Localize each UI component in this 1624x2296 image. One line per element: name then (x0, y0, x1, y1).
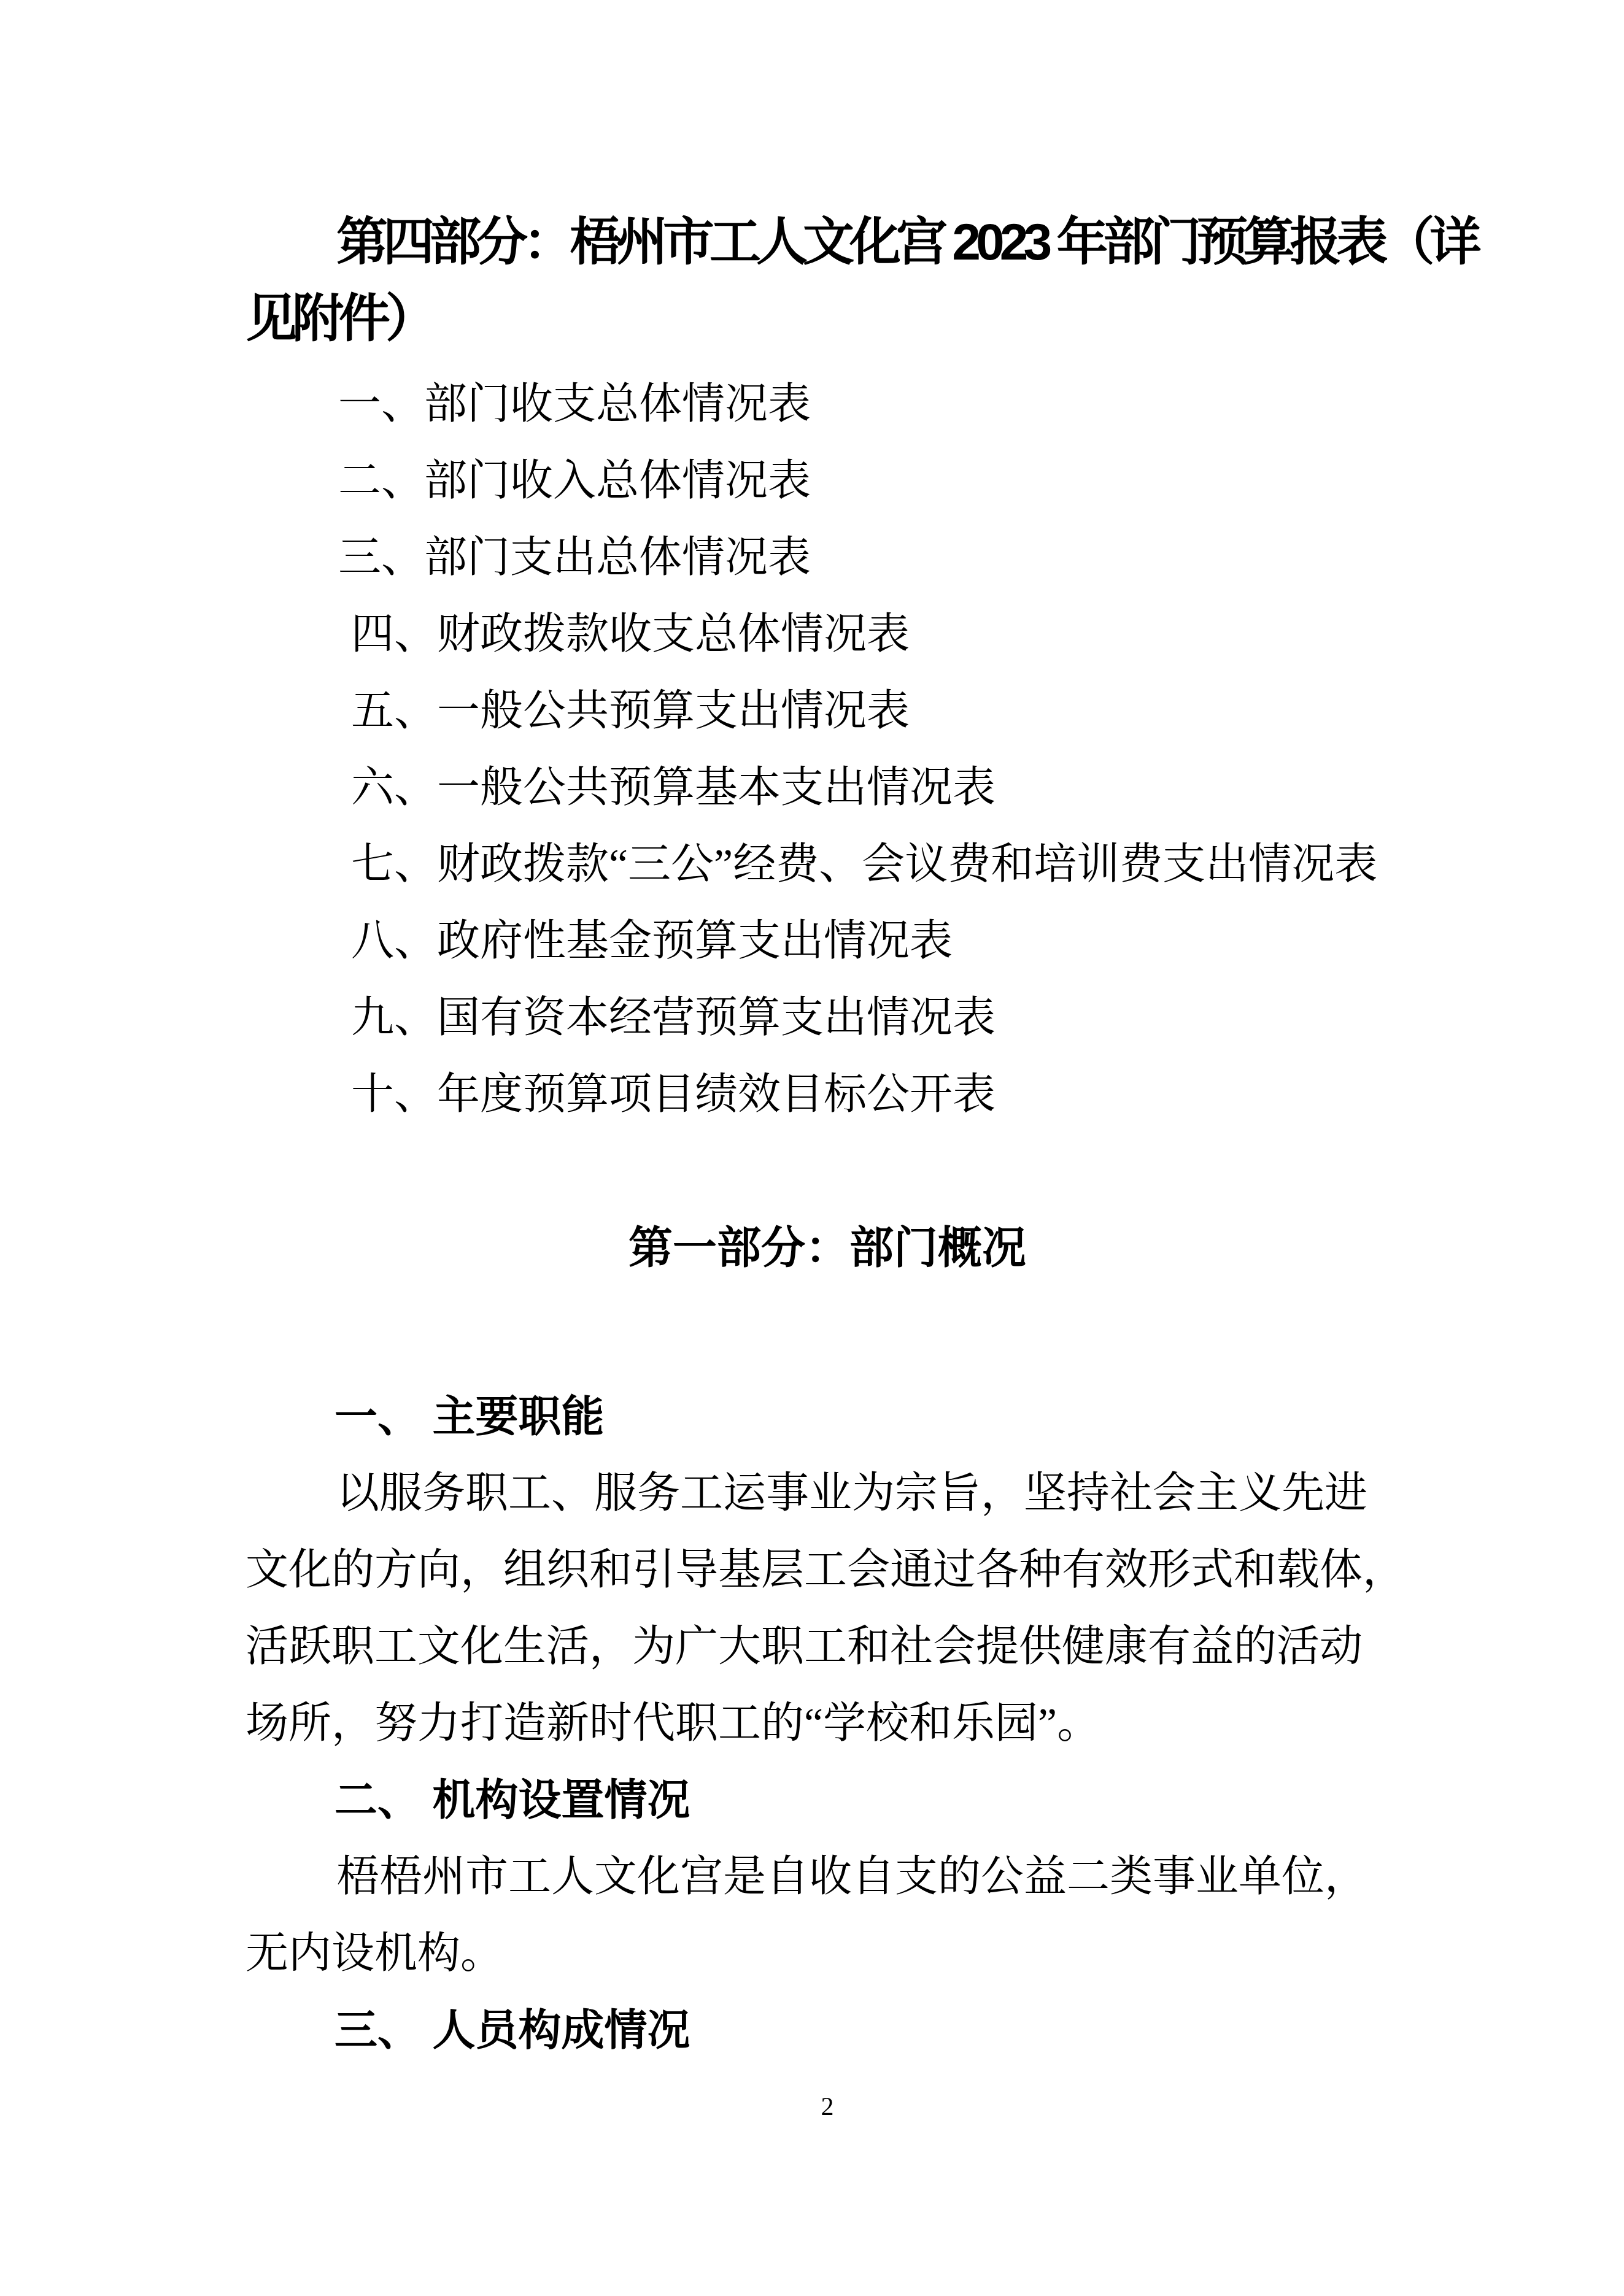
section1-heading: 一、 主要职能 (246, 1379, 1409, 1455)
part4-title-line2: 见附件） (246, 280, 1409, 357)
section1-line3: 活跃职工文化生活，为广大职工和社会提供健康有益的活动 (246, 1609, 1409, 1685)
part4-title-line1: 第四部分：梧州市工人文化宫 2023 年部门预算报表（详 (246, 204, 1409, 280)
toc-item-10: 十、年度预算项目绩效目标公开表 (246, 1057, 1409, 1133)
part4-title-block: 第四部分：梧州市工人文化宫 2023 年部门预算报表（详 见附件） (246, 204, 1409, 357)
document-page: 第四部分：梧州市工人文化宫 2023 年部门预算报表（详 见附件） 一、部门收支… (0, 0, 1624, 2296)
toc-item-5: 五、一般公共预算支出情况表 (246, 673, 1409, 750)
part1-heading: 第一部分：部门概况 (246, 1210, 1409, 1287)
section3-heading: 三、 人员构成情况 (246, 1992, 1409, 2069)
page-number: 2 (246, 2069, 1409, 2146)
toc-item-2: 二、部门收入总体情况表 (246, 443, 1409, 520)
section1-line4: 场所，努力打造新时代职工的“学校和乐园”。 (246, 1685, 1409, 1762)
toc-item-7: 七、财政拨款“三公”经费、会议费和培训费支出情况表 (246, 826, 1409, 903)
part1-body: 一、 主要职能 以服务职工、服务工运事业为宗旨，坚持社会主义先进 文化的方向，组… (246, 1379, 1409, 2069)
toc-item-6: 六、一般公共预算基本支出情况表 (246, 750, 1409, 826)
section1-line1: 以服务职工、服务工运事业为宗旨，坚持社会主义先进 (246, 1455, 1409, 1532)
toc-item-8: 八、政府性基金预算支出情况表 (246, 903, 1409, 980)
toc-item-3: 三、部门支出总体情况表 (246, 520, 1409, 596)
section2-line1: 梧梧州市工人文化宫是自收自支的公益二类事业单位， (246, 1839, 1409, 1916)
section1-line2: 文化的方向，组织和引导基层工会通过各种有效形式和载体， (246, 1532, 1409, 1609)
toc-item-4: 四、财政拨款收支总体情况表 (246, 596, 1409, 673)
toc-item-1: 一、部门收支总体情况表 (246, 366, 1409, 443)
toc-item-9: 九、国有资本经营预算支出情况表 (246, 980, 1409, 1057)
section2-heading: 二、 机构设置情况 (246, 1762, 1409, 1839)
section2-line2: 无内设机构。 (246, 1916, 1409, 1992)
toc-list: 一、部门收支总体情况表 二、部门收入总体情况表 三、部门支出总体情况表 四、财政… (246, 366, 1409, 1133)
